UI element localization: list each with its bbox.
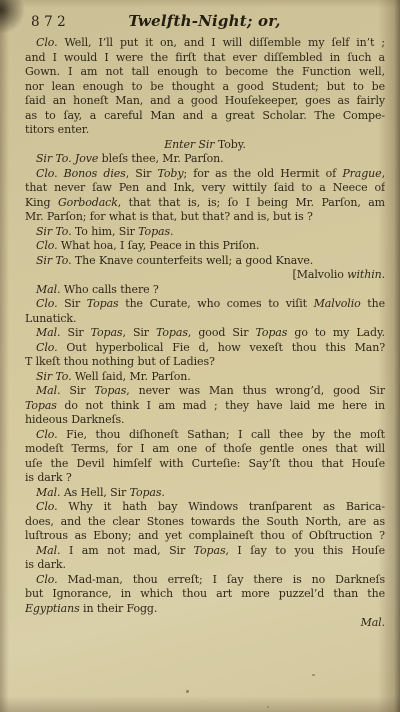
text-line: is dark ?: [25, 471, 385, 486]
italic-text-segment: Clo.: [36, 239, 57, 252]
text-line: Mal. Sir Topas, Sir Topas, good Sir Topa…: [25, 326, 385, 341]
text-segment: The Knave counterfeits well; a good Knav…: [72, 254, 314, 267]
page-header: 872 Twelfth-Night; or,: [25, 12, 384, 32]
text-segment: King: [25, 196, 58, 209]
text-segment: Well, I’ll put it on, and I will diſſemb…: [57, 36, 385, 49]
text-line: Egyptians in their Fogg.: [25, 602, 385, 617]
text-segment: do not think I am mad ; they have laid m…: [57, 399, 385, 412]
italic-text-segment: Topas: [194, 544, 226, 557]
text-line: Sir To. Well ſaid, Mr. Parſon.: [25, 370, 385, 385]
text-segment: Toby.: [214, 138, 245, 151]
text-line: Clo. What hoa, I ſay, Peace in this Priſ…: [25, 239, 385, 254]
text-line: Clo. Bonos dies, Sir Toby; for as the ol…: [25, 167, 385, 182]
text-segment: modeſt Terms, for I am one of thoſe gent…: [25, 442, 385, 455]
italic-text-segment: Sir To.: [36, 370, 72, 383]
text-segment: , that that is, is; ſo I being Mr. Parſo…: [118, 196, 385, 209]
paper-speck: [312, 674, 315, 676]
italic-text-segment: Topas: [91, 326, 123, 339]
text-line: Mal. As Hell, Sir Topas.: [25, 486, 385, 501]
italic-text-segment: Clo.: [36, 36, 57, 49]
italic-text-segment: Mal.: [361, 616, 385, 629]
text-line: Mal.: [25, 616, 385, 631]
italic-text-segment: Mal.: [36, 283, 60, 296]
text-line: Mr. Parſon; for what is that, but that? …: [25, 210, 385, 225]
paper-speck: [238, 263, 240, 265]
italic-text-segment: Clo.: [36, 341, 57, 354]
paper-speck: [267, 706, 269, 708]
text-segment: , good Sir: [188, 326, 256, 339]
text-line: Sir To. To him, Sir Topas.: [25, 225, 385, 240]
text-line: Gown. I am not tall enough to become the…: [25, 65, 385, 80]
text-segment: ; for as the old Hermit of: [183, 167, 342, 180]
text-segment: the: [361, 297, 385, 310]
text-line: Mal. Who calls there ?: [25, 283, 385, 298]
text-segment: titors enter.: [25, 123, 89, 136]
italic-text-segment: Mal.: [36, 326, 60, 339]
italic-text-segment: Clo. Bonos dies: [36, 167, 126, 180]
text-line: [Malvolio within.: [25, 268, 385, 283]
italic-text-segment: Malvolio: [314, 297, 361, 310]
italic-text-segment: Clo.: [36, 297, 57, 310]
text-segment: Out hyperbolical Fie d, how vexeſt thou …: [57, 341, 385, 354]
text-segment: [Malvolio: [293, 268, 348, 281]
italic-text-segment: Topas: [25, 399, 57, 412]
text-segment: in their Fogg.: [80, 602, 158, 615]
text-segment: Mad-man, thou erreſt; I ſay there is no …: [57, 573, 385, 586]
text-segment: Gown. I am not tall enough to become the…: [25, 65, 385, 78]
text-segment: and I would I were the firſt that ever d…: [25, 51, 385, 64]
paper-speck: [186, 690, 189, 693]
text-segment: What hoa, I ſay, Peace in this Priſon.: [57, 239, 259, 252]
italic-text-segment: Topas: [156, 326, 188, 339]
italic-text-segment: Prague: [342, 167, 381, 180]
text-line: ſaid an honeſt Man, and a good Houſekeep…: [25, 94, 385, 109]
italic-text-segment: Enter Sir: [164, 138, 214, 151]
text-line: Lunatick.: [25, 312, 385, 327]
text-line: T lkeſt thou nothing but of Ladies?: [25, 355, 385, 370]
text-line: but Ignorance, in which thou art more pu…: [25, 587, 385, 602]
text-segment: hideous Darkneſs.: [25, 413, 124, 426]
text-segment: Lunatick.: [25, 312, 76, 325]
text-line: Sir To. Jove bleſs thee, Mr. Parſon.: [25, 152, 385, 167]
text-line: Clo. Out hyperbolical Fie d, how vexeſt …: [25, 341, 385, 356]
text-segment: Why it hath bay Windows tranſparent as B…: [57, 500, 385, 513]
text-segment: is dark ?: [25, 471, 72, 484]
text-segment: To him, Sir: [72, 225, 139, 238]
italic-text-segment: Sir To.: [36, 254, 72, 267]
italic-text-segment: Topas: [255, 326, 287, 339]
text-segment: Sir: [60, 326, 90, 339]
text-segment: bleſs thee, Mr. Parſon.: [98, 152, 223, 165]
text-segment: uſe the Devil himſelf with Curteſie: Say…: [25, 457, 385, 470]
italic-text-segment: within.: [347, 268, 385, 281]
text-segment: as to ſay, a careful Man and a great Sch…: [25, 109, 385, 122]
text-segment: nor lean enough to be thought a good Stu…: [25, 80, 385, 93]
text-line: Topas do not think I am mad ; they have …: [25, 399, 385, 414]
text-line: hideous Darkneſs.: [25, 413, 385, 428]
text-line: Clo. Mad-man, thou erreſt; I ſay there i…: [25, 573, 385, 588]
italic-text-segment: Mal.: [36, 486, 60, 499]
text-line: modeſt Terms, for I am one of thoſe gent…: [25, 442, 385, 457]
text-line: that never ſaw Pen and Ink, very wittily…: [25, 181, 385, 196]
italic-text-segment: Sir To. Jove: [36, 152, 98, 165]
italic-text-segment: Clo.: [36, 428, 57, 441]
text-line: nor lean enough to be thought a good Stu…: [25, 80, 385, 95]
text-segment: Well ſaid, Mr. Parſon.: [72, 370, 191, 383]
text-segment: does, and the clear Stones towards the S…: [25, 515, 385, 528]
text-segment: ſaid an honeſt Man, and a good Houſekeep…: [25, 94, 385, 107]
text-line: Mal. I am not mad, Sir Topas, I ſay to y…: [25, 544, 385, 559]
text-line: titors enter.: [25, 123, 385, 138]
text-segment: Who calls there ?: [60, 283, 158, 296]
page-body: Clo. Well, I’ll put it on, and I will di…: [25, 36, 385, 676]
text-segment: .: [161, 486, 164, 499]
text-segment: Sir: [57, 297, 86, 310]
italic-text-segment: Mal.: [36, 544, 60, 557]
italic-text-segment: Topas: [94, 384, 126, 397]
text-segment: the Curate, who comes to viſit: [119, 297, 314, 310]
italic-text-segment: Egyptians: [25, 602, 80, 615]
italic-text-segment: Topas: [130, 486, 162, 499]
italic-text-segment: Topas: [87, 297, 119, 310]
text-line: Clo. Well, I’ll put it on, and I will di…: [25, 36, 385, 51]
text-segment: Fie, thou diſhoneſt Sathan; I call thee …: [57, 428, 385, 441]
text-line: does, and the clear Stones towards the S…: [25, 515, 385, 530]
text-segment: T lkeſt thou nothing but of Ladies?: [25, 355, 215, 368]
text-segment: , Sir: [122, 326, 156, 339]
text-segment: but Ignorance, in which thou art more pu…: [25, 587, 385, 600]
text-segment: .: [170, 225, 173, 238]
italic-text-segment: Toby: [158, 167, 184, 180]
text-line: Clo. Fie, thou diſhoneſt Sathan; I call …: [25, 428, 385, 443]
text-segment: , never was Man thus wrong’d, good Sir: [126, 384, 385, 397]
text-line: Enter Sir Toby.: [25, 138, 385, 153]
text-line: Clo. Sir Topas the Curate, who comes to …: [25, 297, 385, 312]
book-page-scan: 872 Twelfth-Night; or, Clo. Well, I’ll p…: [0, 0, 400, 712]
running-title: Twelfth-Night; or,: [25, 12, 384, 30]
text-segment: ,: [382, 167, 385, 180]
text-segment: go to my Lady.: [287, 326, 385, 339]
text-line: is dark.: [25, 558, 385, 573]
italic-text-segment: Topas: [138, 225, 170, 238]
text-line: uſe the Devil himſelf with Curteſie: Say…: [25, 457, 385, 472]
text-line: luſtrous as Ebony; and yet complaineſt t…: [25, 529, 385, 544]
text-segment: , I ſay to you this Houſe: [226, 544, 386, 557]
text-segment: As Hell, Sir: [60, 486, 129, 499]
text-segment: I am not mad, Sir: [60, 544, 193, 557]
italic-text-segment: Mal.: [36, 384, 60, 397]
text-line: Mal. Sir Topas, never was Man thus wrong…: [25, 384, 385, 399]
text-segment: Mr. Parſon; for what is that, but that? …: [25, 210, 313, 223]
text-segment: luſtrous as Ebony; and yet complaineſt t…: [25, 529, 385, 542]
italic-text-segment: Gorbodack: [58, 196, 118, 209]
text-line: Sir To. The Knave counterfeits well; a g…: [25, 254, 385, 269]
text-segment: Sir: [60, 384, 94, 397]
text-segment: , Sir: [126, 167, 158, 180]
italic-text-segment: Clo.: [36, 500, 57, 513]
text-segment: is dark.: [25, 558, 66, 571]
text-line: as to ſay, a careful Man and a great Sch…: [25, 109, 385, 124]
text-line: and I would I were the firſt that ever d…: [25, 51, 385, 66]
text-line: Clo. Why it hath bay Windows tranſparent…: [25, 500, 385, 515]
italic-text-segment: Sir To.: [36, 225, 72, 238]
italic-text-segment: Clo.: [36, 573, 57, 586]
text-segment: that never ſaw Pen and Ink, very wittily…: [25, 181, 385, 194]
text-line: King Gorbodack, that that is, is; ſo I b…: [25, 196, 385, 211]
